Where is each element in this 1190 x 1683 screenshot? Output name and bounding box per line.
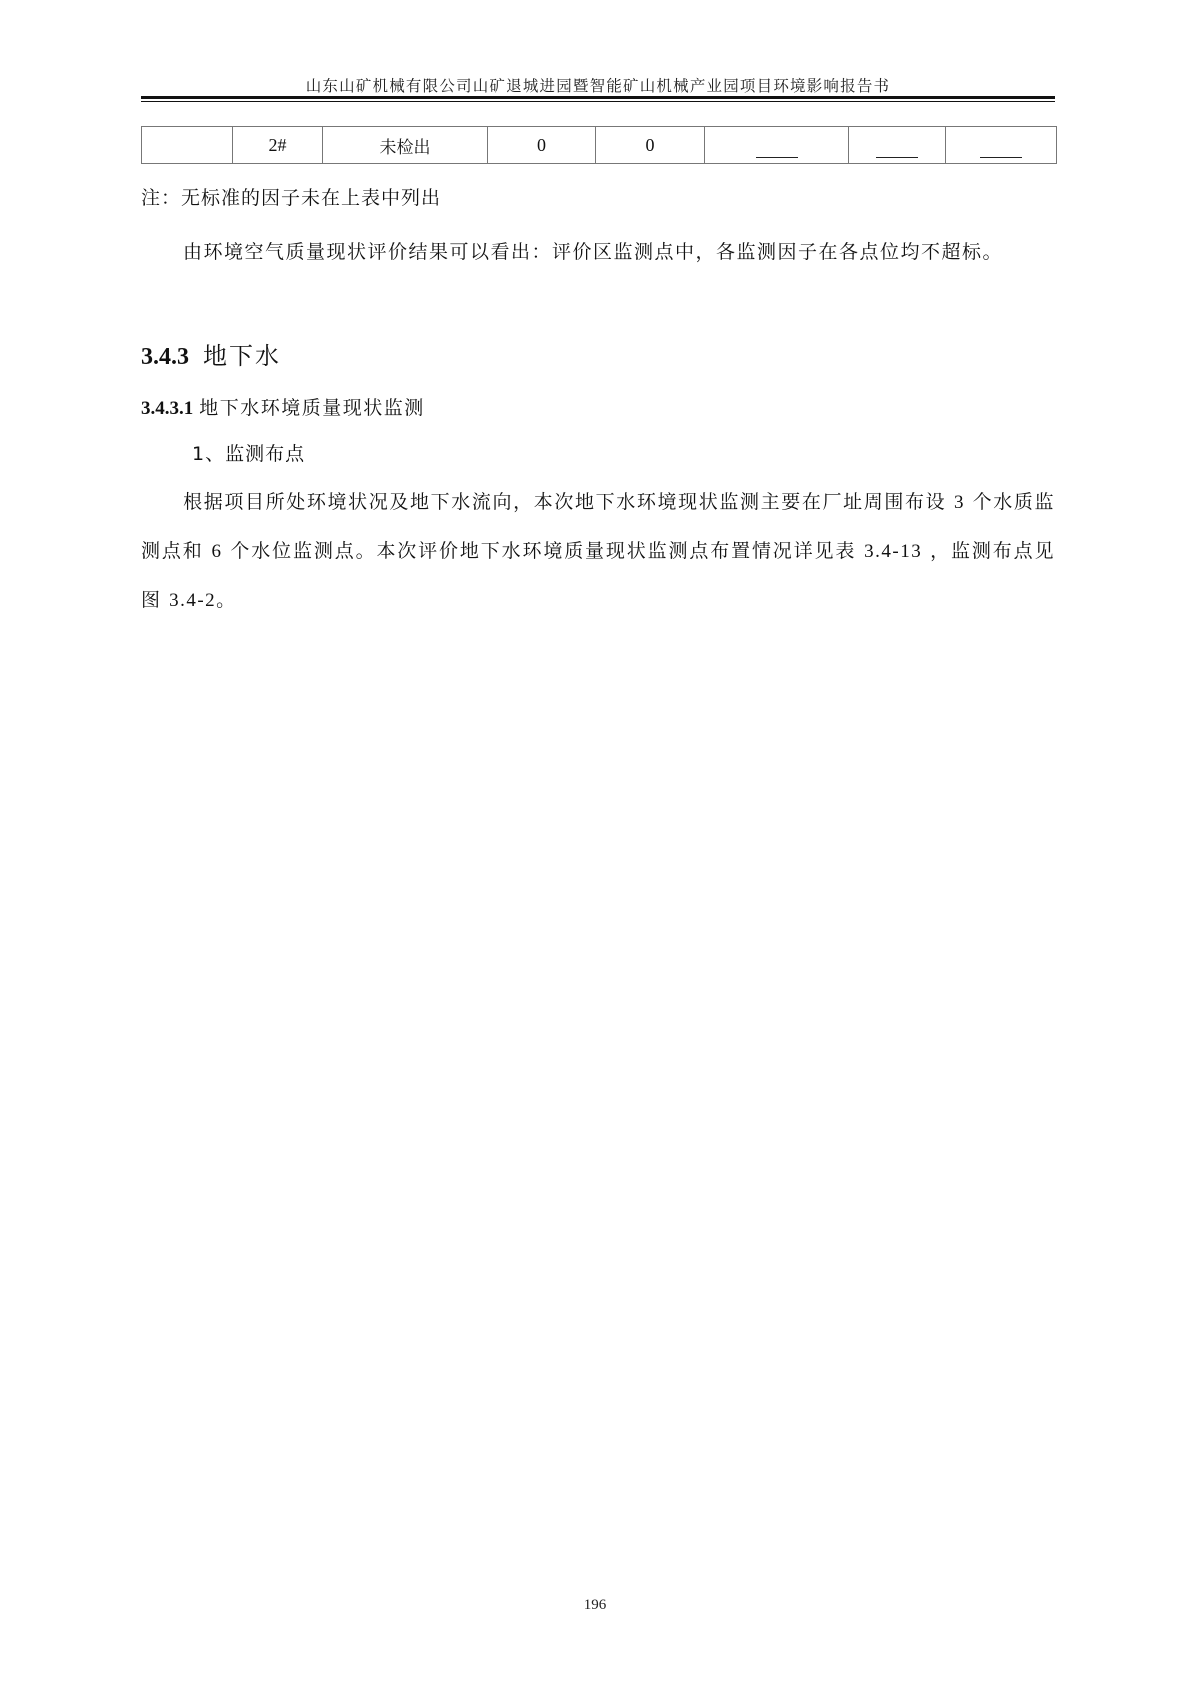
table-reference: 3.4-13 [864, 541, 922, 562]
header-rule-thick [141, 96, 1055, 99]
paragraph-air-quality-conclusion: 由环境空气质量现状评价结果可以看出：评价区监测点中，各监测因子在各点位均不超标。 [141, 228, 1055, 276]
table-cell-empty [142, 127, 233, 164]
results-table: 2# 未检出 0 0 [141, 126, 1057, 164]
subsection-title: 地下水环境质量现状监测 [199, 397, 425, 419]
list-item-monitoring-layout: 1、监测布点 [192, 439, 305, 466]
table-cell-dash [946, 127, 1057, 164]
section-number: 3.4.3 [141, 344, 189, 370]
subsection-heading: 3.4.3.1地下水环境质量现状监测 [141, 393, 425, 420]
header-rule-thin [141, 101, 1055, 102]
section-title: 地下水 [203, 342, 281, 370]
table-cell-point: 2# [233, 127, 323, 164]
table-cell-dash [705, 127, 849, 164]
table-cell-dash [849, 127, 946, 164]
page-number: 196 [0, 1597, 1190, 1614]
subsection-number: 3.4.3.1 [141, 398, 193, 419]
section-heading: 3.4.3地下水 [141, 336, 281, 371]
figure-reference: 3.4-2 [169, 590, 216, 611]
dash-placeholder [980, 156, 1022, 158]
dash-placeholder [876, 156, 918, 158]
document-header-title: 山东山矿机械有限公司山矿退城进园暨智能矿山机械产业园项目环境影响报告书 [141, 74, 1055, 96]
dash-placeholder [756, 156, 798, 158]
table-note: 注：无标准的因子未在上表中列出 [141, 183, 441, 210]
table-row: 2# 未检出 0 0 [142, 127, 1057, 164]
table-cell-value: 0 [596, 127, 705, 164]
table-cell-result: 未检出 [323, 127, 488, 164]
paragraph-groundwater-monitoring: 根据项目所处环境状况及地下水流向，本次地下水环境现状监测主要在厂址周围布设 3 … [141, 478, 1055, 625]
table-cell-value: 0 [488, 127, 596, 164]
